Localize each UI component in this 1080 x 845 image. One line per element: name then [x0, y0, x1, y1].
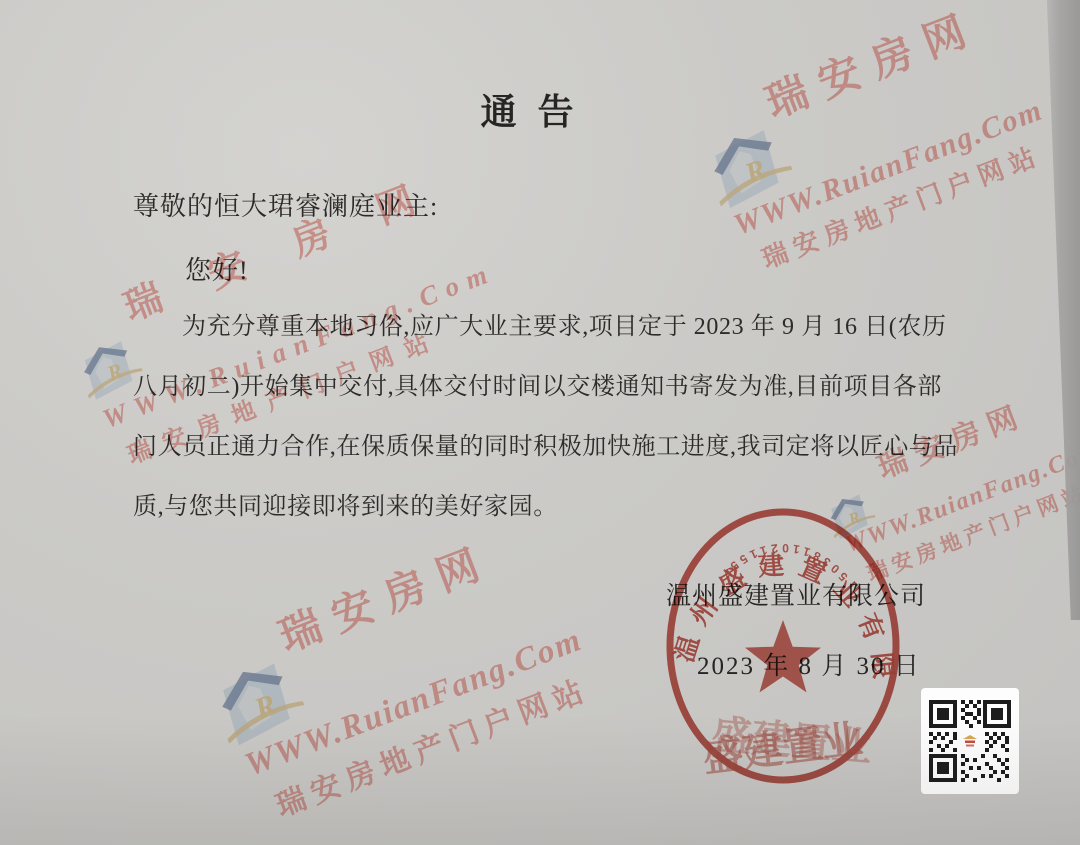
notice-title: 通 告 — [0, 84, 1060, 135]
watermark-tagline: 瑞安房地产门户网站 — [756, 135, 1047, 276]
body-line: 八月初二)开始集中交付,具体交付时间以交楼通知书寄发为准,目前项目各部 — [133, 366, 963, 401]
greeting-line: 您好! — [185, 250, 249, 287]
document-page: 通 告 尊敬的恒大珺睿澜庭业主: 您好! 为充分尊重本地习俗,应广大业主要求,项… — [0, 0, 1080, 845]
photo-bottom-shade — [0, 715, 1080, 845]
qr-center-logo — [957, 732, 983, 753]
watermark-site-name: 瑞安房网 — [269, 528, 500, 664]
watermark-url: WWW.RuianFang.Com — [240, 622, 587, 785]
body-line: 为充分尊重本地习俗,应广大业主要求,项目定于 2023 年 9 月 16 日(农… — [133, 306, 1012, 341]
watermark-tagline: 瑞安房地产门户网站 — [268, 665, 595, 825]
watermark-site-name: 瑞安房网 — [114, 151, 470, 331]
watermark-url: WWW.RuianFang.Com — [98, 256, 499, 435]
svg-text:R: R — [740, 153, 770, 190]
qr-code — [921, 688, 1019, 794]
seal-star-icon — [745, 620, 821, 692]
svg-text:R: R — [103, 358, 126, 386]
company-seal: 温州盛建置业有限公司 5038110211557 盛建置业 盛建置业 — [660, 500, 910, 795]
body-line: 门人员正通力合作,在保质保量的同时积极加快施工进度,我司定将以匠心与品 — [133, 426, 963, 461]
ruianfang-logo-icon: R — [203, 646, 312, 755]
salutation: 尊敬的恒大珺睿澜庭业主: — [133, 186, 438, 223]
svg-text:R: R — [249, 687, 281, 726]
